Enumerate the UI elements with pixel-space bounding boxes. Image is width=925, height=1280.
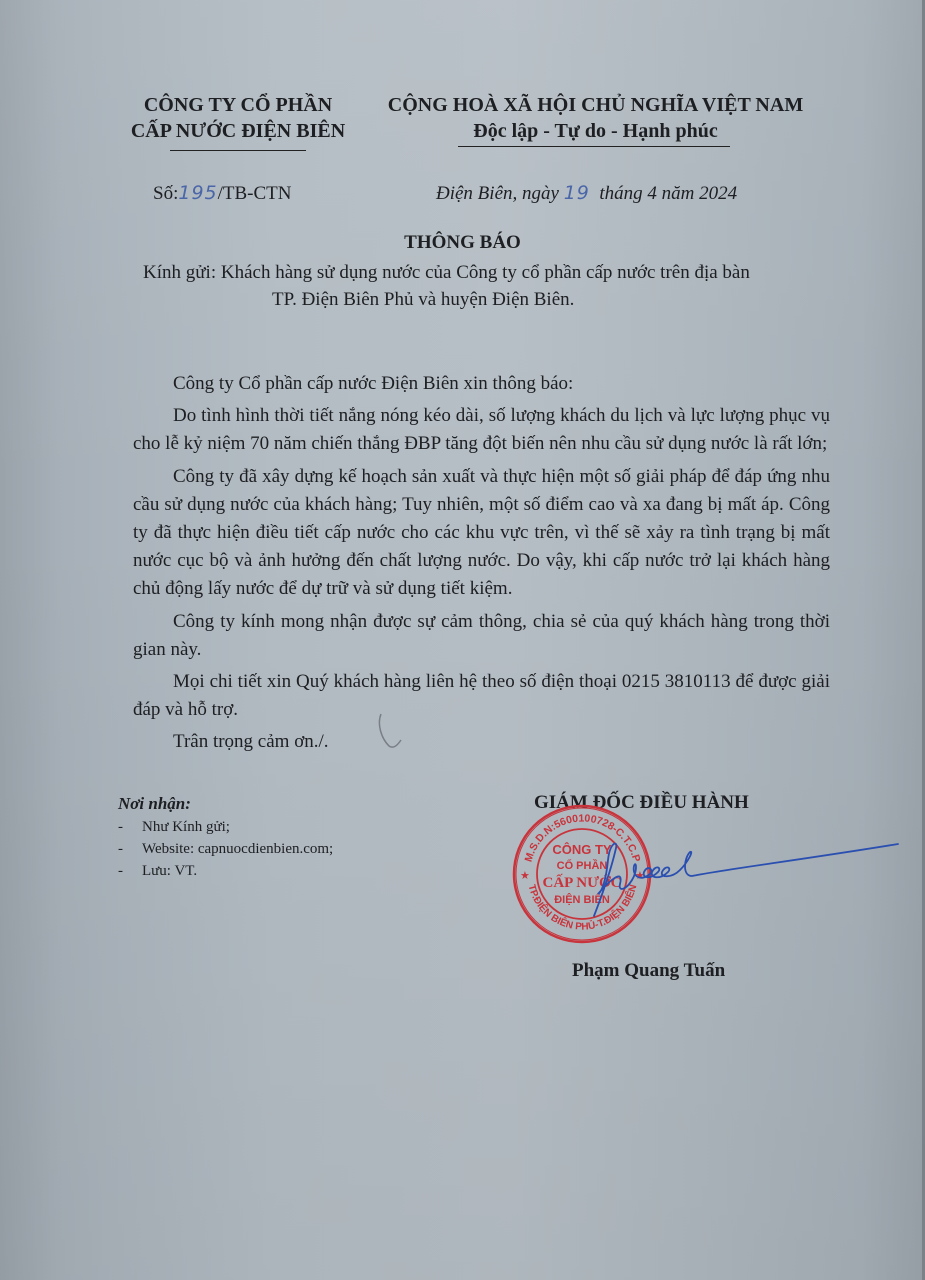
distribution-list: Nơi nhận: -Như Kính gửi; -Website: capnu… (118, 794, 333, 882)
company-underline (170, 150, 306, 151)
clip-mark-icon (375, 712, 415, 752)
motto-underline (458, 146, 730, 147)
company-name: CÔNG TY CỔ PHẦN CẤP NƯỚC ĐIỆN BIÊN (118, 92, 358, 144)
distribution-item: -Website: capnuocdienbien.com; (118, 838, 333, 860)
distribution-item: -Như Kính gửi; (118, 816, 333, 838)
docno-prefix: Số: (153, 183, 178, 204)
svg-text:★: ★ (520, 870, 530, 882)
body-paragraph: Do tình hình thời tiết nắng nóng kéo dài… (133, 402, 830, 458)
date-day-handwritten: 19 (564, 182, 590, 204)
document-body: Công ty Cổ phần cấp nước Điện Biên xin t… (133, 370, 830, 761)
body-paragraph: Công ty Cổ phần cấp nước Điện Biên xin t… (133, 370, 830, 398)
docno-handwritten: 195 (178, 182, 217, 204)
company-name-line1: CÔNG TY CỔ PHẦN (118, 92, 358, 118)
document-title: THÔNG BÁO (0, 232, 925, 254)
recipient-line2: TP. Điện Biên Phủ và huyện Điện Biên. (272, 289, 574, 311)
nation-title: CỘNG HOÀ XÃ HỘI CHỦ NGHĨA VIỆT NAM (368, 92, 823, 118)
docno-suffix: /TB-CTN (218, 183, 292, 204)
signer-name: Phạm Quang Tuấn (572, 960, 725, 982)
document-number: Số:195/TB-CTN (153, 182, 292, 205)
body-paragraph: Công ty kính mong nhận được sự cảm thông… (133, 608, 830, 664)
date-suffix: tháng 4 năm 2024 (590, 183, 737, 204)
body-paragraph: Mọi chi tiết xin Quý khách hàng liên hệ … (133, 668, 830, 724)
body-paragraph: Trân trọng cảm ơn./. (133, 728, 830, 756)
distribution-item: -Lưu: VT. (118, 860, 333, 882)
date-line: Điện Biên, ngày 19 tháng 4 năm 2024 (436, 182, 737, 205)
national-motto: Độc lập - Tự do - Hạnh phúc (368, 118, 823, 144)
recipient-line1: Kính gửi: Khách hàng sử dụng nước của Cô… (143, 262, 750, 284)
body-paragraph: Công ty đã xây dựng kế hoạch sản xuất và… (133, 463, 830, 604)
company-name-line2: CẤP NƯỚC ĐIỆN BIÊN (118, 118, 358, 144)
distribution-title: Nơi nhận: (118, 794, 333, 814)
handwritten-signature-icon (580, 830, 900, 920)
national-header: CỘNG HOÀ XÃ HỘI CHỦ NGHĨA VIỆT NAM Độc l… (368, 92, 823, 144)
date-prefix: Điện Biên, ngày (436, 183, 564, 204)
